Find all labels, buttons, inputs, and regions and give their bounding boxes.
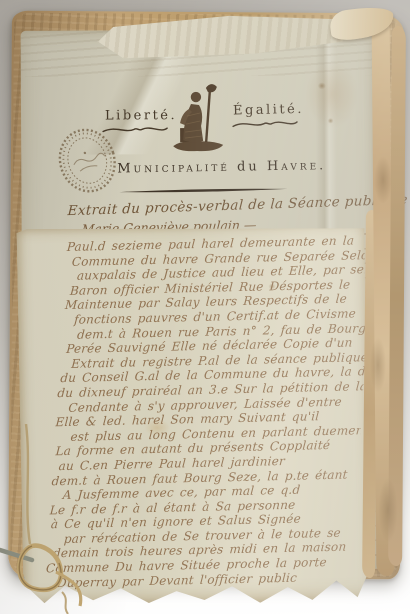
- liberte-swash-underline-icon: [101, 125, 169, 135]
- egalite-label: Égalité.: [233, 102, 304, 119]
- photo-of-archival-documents: Liberté. Égalité. Municipalité: [0, 0, 410, 614]
- liberty-figure-icon: [167, 82, 229, 156]
- torn-page-edge: [388, 26, 406, 566]
- egalite-swash-underline-icon: [231, 119, 299, 131]
- binding-twine-icon: [0, 424, 120, 614]
- tapered-header-rule: [117, 186, 289, 194]
